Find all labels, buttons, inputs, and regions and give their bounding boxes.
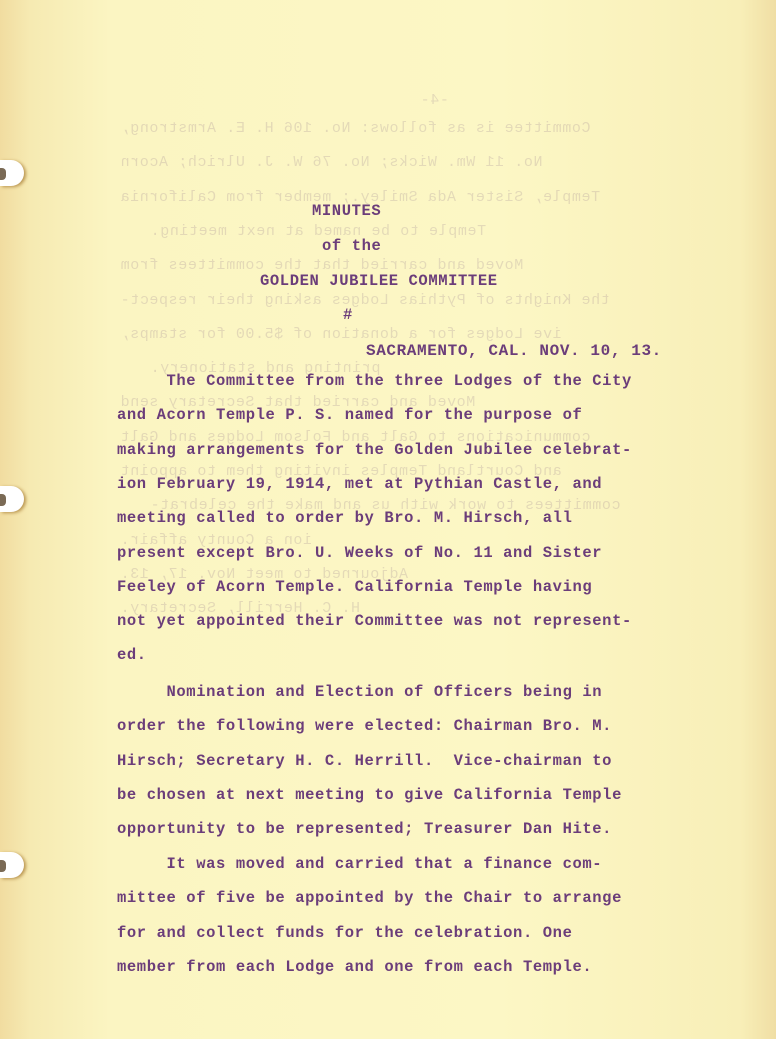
dateline: SACRAMENTO, CAL. NOV. 10, 13.	[366, 342, 662, 360]
paragraph-1-line: ed.	[117, 646, 147, 664]
punch-hole	[0, 852, 24, 878]
title-minutes: MINUTES	[312, 202, 381, 220]
paragraph-3-line: mittee of five be appointed by the Chair…	[117, 889, 622, 907]
title-of-the: of the	[322, 237, 381, 255]
paragraph-2-line: be chosen at next meeting to give Califo…	[117, 786, 622, 804]
paragraph-1-line: making arrangements for the Golden Jubil…	[117, 441, 632, 459]
paragraph-3-line: for and collect funds for the celebratio…	[117, 924, 572, 942]
bleed-line: Committee is as follows: No. 106 H. E. A…	[120, 120, 590, 137]
paragraph-1-line: and Acorn Temple P. S. named for the pur…	[117, 406, 582, 424]
paragraph-2-line: Hirsch; Secretary H. C. Herrill. Vice-ch…	[117, 752, 612, 770]
paragraph-2-line: order the following were elected: Chairm…	[117, 717, 612, 735]
bleed-line: No. 11 Wm. Wicks; No. 76 W. J. Ulrich; A…	[120, 154, 542, 171]
paragraph-1-line: present except Bro. U. Weeks of No. 11 a…	[117, 544, 602, 562]
paragraph-1-line: not yet appointed their Committee was no…	[117, 612, 632, 630]
punch-hole	[0, 486, 24, 512]
paragraph-1-line: The Committee from the three Lodges of t…	[117, 372, 632, 390]
paragraph-1-line: Feeley of Acorn Temple. California Templ…	[117, 578, 592, 596]
bleed-line: Temple to be named at next meeting.	[150, 223, 486, 240]
bleed-line: the Knights of Pythias Lodges asking the…	[120, 292, 610, 309]
punch-hole	[0, 160, 24, 186]
paragraph-2-line: opportunity to be represented; Treasurer…	[117, 820, 612, 838]
paragraph-3-line: It was moved and carried that a finance …	[117, 855, 602, 873]
bleed-page-marker: -4-	[420, 92, 449, 109]
separator-mark: #	[343, 306, 353, 324]
document-page: -4-Committee is as follows: No. 106 H. E…	[0, 0, 776, 1039]
paragraph-1-line: ion February 19, 1914, met at Pythian Ca…	[117, 475, 602, 493]
paragraph-1-line: meeting called to order by Bro. M. Hirsc…	[117, 509, 572, 527]
bleed-line: ive Lodges for a donation of $5.00 for s…	[120, 326, 562, 343]
paragraph-3-line: member from each Lodge and one from each…	[117, 958, 592, 976]
title-committee: GOLDEN JUBILEE COMMITTEE	[260, 272, 498, 290]
paragraph-2-line: Nomination and Election of Officers bein…	[117, 683, 602, 701]
